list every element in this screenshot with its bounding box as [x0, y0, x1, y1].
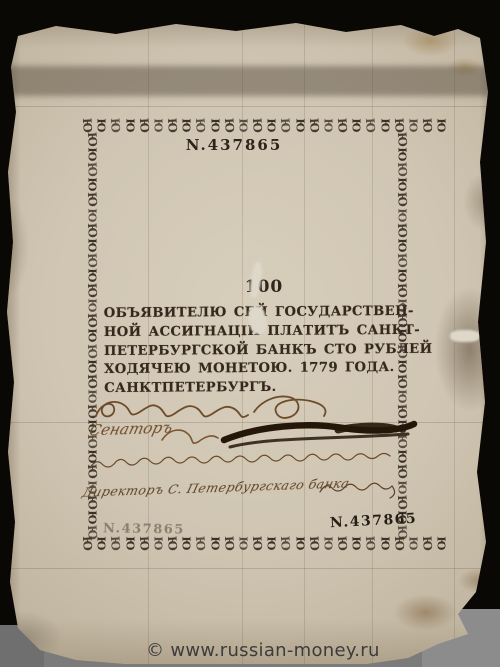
border-glyph: Ю — [137, 536, 150, 552]
border-glyph: Ю — [396, 252, 409, 268]
crease-line — [6, 568, 494, 569]
border-glyph: Ю — [222, 536, 235, 552]
border-glyph: Ю — [396, 162, 409, 178]
border-glyph: Ю — [86, 524, 99, 540]
signature-word: Сенаторъ — [87, 419, 174, 440]
border-glyph: Ю — [336, 118, 349, 134]
border-glyph: Ю — [396, 238, 407, 252]
border-glyph: Ю — [181, 118, 192, 132]
border-ornament-top: ЮЮЮЮЮЮЮЮЮЮЮЮЮЮЮЮЮЮЮЮЮЮЮЮЮЮ — [80, 120, 410, 131]
border-glyph: Ю — [86, 238, 97, 252]
border-glyph: Ю — [436, 536, 447, 550]
border-glyph: Ю — [421, 118, 434, 134]
border-glyph: Ю — [124, 118, 135, 132]
border-glyph: Ю — [396, 222, 409, 238]
border-glyph: Ю — [96, 118, 107, 132]
border-glyph: Ю — [307, 118, 320, 134]
border-glyph: Ю — [209, 536, 220, 550]
border-glyph: Ю — [222, 118, 235, 134]
border-glyph: Ю — [86, 343, 99, 359]
shadow-band — [6, 66, 494, 96]
border-glyph: Ю — [294, 118, 305, 132]
border-glyph: Ю — [86, 299, 97, 313]
site-watermark: © www.russian-money.ru — [146, 640, 380, 661]
paper-tear — [450, 330, 480, 342]
border-glyph: Ю — [124, 536, 135, 550]
border-glyph: Ю — [336, 536, 349, 552]
border-glyph: Ю — [351, 118, 362, 132]
border-glyph: Ю — [279, 536, 292, 552]
obligation-line: ПЕТЕРБУРГСКОЙ БАНКЪ СТО РУБЛЕЙ — [104, 341, 400, 362]
border-glyph: Ю — [266, 536, 277, 550]
border-glyph: Ю — [137, 118, 150, 134]
border-glyph: Ю — [351, 536, 362, 550]
border-glyph: Ю — [109, 118, 122, 134]
obligation-line: ХОДЯЧЕЮ МОНЕТОЮ. 1779 ГОДА. — [104, 359, 400, 380]
border-glyph: Ю — [294, 536, 305, 550]
border-glyph: Ю — [237, 536, 248, 550]
border-glyph: Ю — [436, 118, 447, 132]
border-glyph: Ю — [364, 536, 377, 552]
border-glyph: Ю — [152, 536, 163, 550]
border-glyph: Ю — [86, 162, 99, 178]
border-glyph: Ю — [396, 178, 407, 192]
border-ornament-bottom: ЮЮЮЮЮЮЮЮЮЮЮЮЮЮЮЮЮЮЮЮЮЮЮЮЮЮ — [80, 538, 410, 549]
border-ornament-left: ЮЮЮЮЮЮЮЮЮЮЮЮЮЮЮЮЮЮЮЮЮЮЮЮЮЮЮ — [84, 134, 100, 538]
border-glyph: Ю — [152, 118, 163, 132]
border-glyph: Ю — [86, 178, 97, 192]
border-glyph: Ю — [181, 536, 192, 550]
border-glyph: Ю — [109, 536, 122, 552]
serial-number-top: N.437865 — [0, 136, 478, 154]
border-glyph: Ю — [266, 118, 277, 132]
border-glyph: Ю — [237, 118, 248, 132]
border-glyph: Ю — [194, 536, 207, 552]
border-glyph: Ю — [86, 313, 99, 329]
border-glyph: Ю — [86, 359, 97, 373]
border-glyph: Ю — [396, 208, 407, 222]
border-glyph: Ю — [379, 118, 390, 132]
border-glyph: Ю — [209, 118, 220, 132]
border-glyph: Ю — [86, 373, 99, 389]
signature-line-3 — [86, 450, 396, 476]
border-glyph: Ю — [279, 118, 292, 134]
border-glyph: Ю — [364, 118, 377, 134]
border-glyph: Ю — [194, 118, 207, 134]
border-glyph: Ю — [307, 536, 320, 552]
border-glyph: Ю — [396, 192, 409, 208]
border-glyph: Ю — [323, 536, 334, 550]
crease-line — [6, 106, 494, 107]
serial-number-bottom-left: N.437865 — [103, 521, 185, 537]
signature-phrase: Директоръ С. Петербургскаго банка — [81, 475, 351, 499]
border-glyph: Ю — [86, 192, 99, 208]
photo-of-banknote: { "photo": { "background_color": "#0a080… — [0, 0, 500, 667]
border-glyph: Ю — [408, 118, 419, 132]
border-glyph: Ю — [86, 510, 97, 524]
banknote-paper: ЮЮЮЮЮЮЮЮЮЮЮЮЮЮЮЮЮЮЮЮЮЮЮЮЮЮ ЮЮЮЮЮЮЮЮЮЮЮЮЮ… — [6, 22, 494, 664]
border-glyph: Ю — [166, 536, 179, 552]
border-glyph: Ю — [379, 536, 390, 550]
border-glyph: Ю — [323, 118, 334, 132]
border-glyph: Ю — [251, 536, 264, 552]
border-glyph: Ю — [86, 208, 97, 222]
border-glyph: Ю — [86, 252, 99, 268]
border-glyph: Ю — [421, 536, 434, 552]
border-glyph: Ю — [86, 222, 99, 238]
border-glyph: Ю — [86, 329, 97, 343]
border-glyph: Ю — [251, 118, 264, 134]
border-glyph: Ю — [166, 118, 179, 134]
